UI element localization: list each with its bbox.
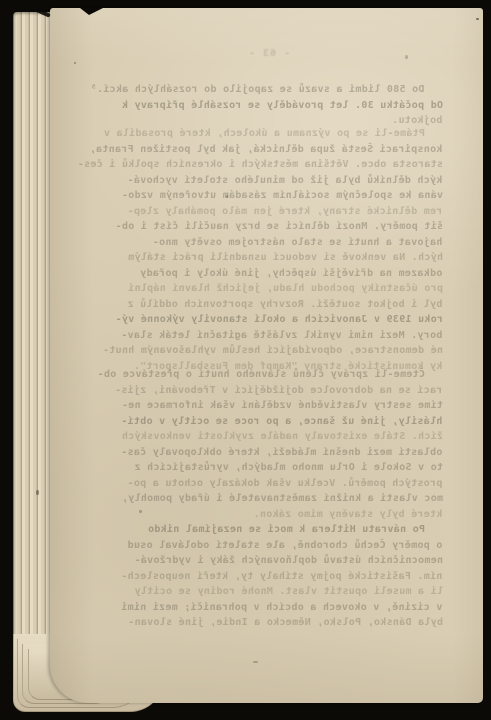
scanned-book-page: - 63 - Do 580 lidmi a svazů se zapojilo …	[0, 0, 491, 720]
top-edge-notch	[80, 8, 103, 15]
page-number: - 63 -	[95, 48, 443, 59]
ink-speck	[476, 18, 479, 20]
blank-page-sheet	[50, 8, 483, 703]
ink-speck	[139, 510, 142, 513]
ink-speck	[253, 661, 258, 663]
ink-speck	[74, 62, 76, 64]
ink-speck	[36, 490, 39, 495]
ink-speck	[405, 55, 408, 59]
ink-speck	[226, 195, 228, 198]
